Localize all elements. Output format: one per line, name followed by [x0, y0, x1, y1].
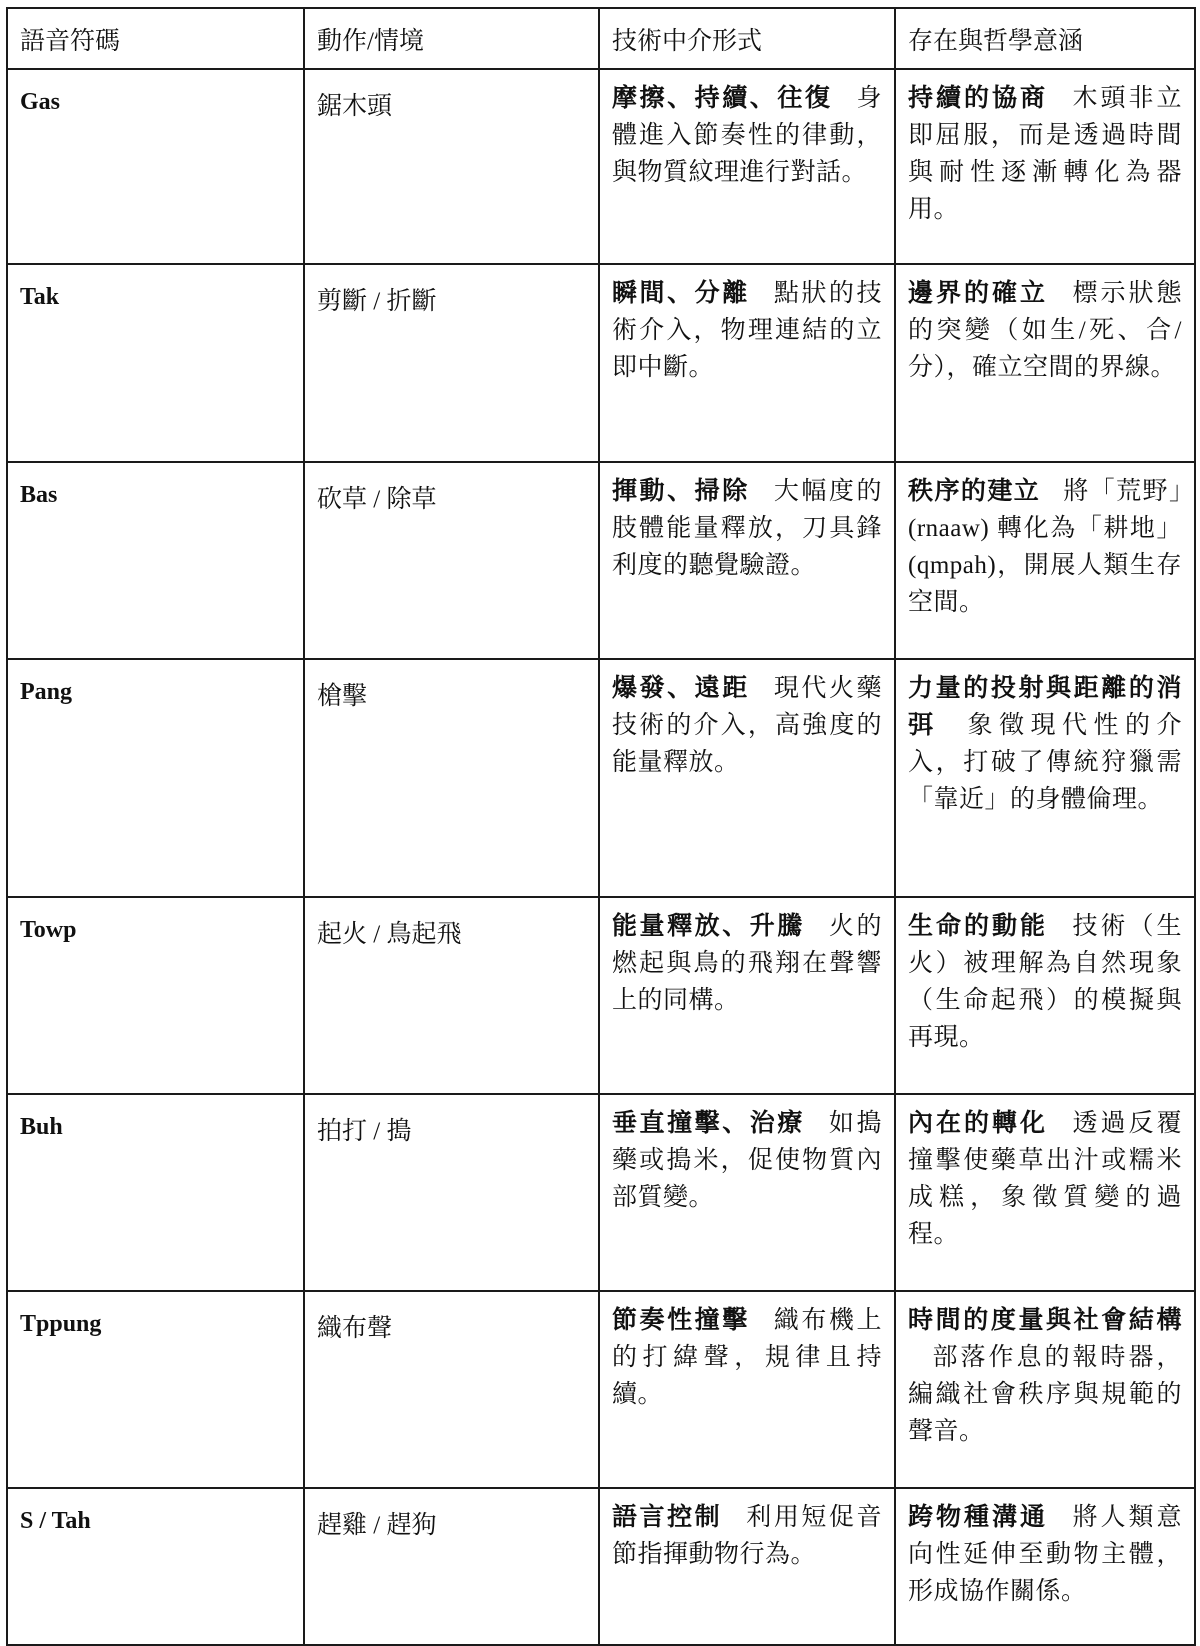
cell-philosophical-meaning: 秩序的建立將「荒野」(rnaaw) 轉化為「耕地」(qmpah)，開展人類生存空…: [895, 462, 1195, 659]
tech-lead-phrase: 揮動、掃除: [612, 478, 750, 505]
cell-action: 織布聲: [304, 1291, 599, 1488]
table-row: S / Tah 趕雞 / 趕狗 語言控制利用短促音節指揮動物行為。 跨物種溝通將…: [7, 1488, 1195, 1573]
cell-tech-mediation: 瞬間、分離點狀的技術介入，物理連結的立即中斷。: [599, 264, 895, 462]
cell-sound-code: S / Tah: [7, 1488, 304, 1573]
cell-action: 槍擊: [304, 659, 599, 897]
phil-description: 象徵現代性的介入，打破了傳統狩獵需「靠近」的身體倫理。: [908, 712, 1182, 813]
header-action-context: 動作/情境: [304, 8, 599, 69]
tech-lead-phrase: 爆發、遠距: [612, 675, 750, 702]
cell-tech-mediation: 語言控制利用短促音節指揮動物行為。: [599, 1488, 895, 1573]
phil-lead-phrase: 時間的度量與社會結構: [908, 1307, 1182, 1334]
table-row: Bas 砍草 / 除草 揮動、掃除大幅度的肢體能量釋放，刀具鋒利度的聽覺驗證。 …: [7, 462, 1195, 659]
table-row: Pang 槍擊 爆發、遠距現代火藥技術的介入，高強度的能量釋放。 力量的投射與距…: [7, 659, 1195, 897]
phil-lead-phrase: 內在的轉化: [908, 1110, 1048, 1137]
cell-sound-code: Buh: [7, 1094, 304, 1291]
tech-lead-phrase: 語言控制: [612, 1504, 722, 1531]
cell-sound-code: Tppung: [7, 1291, 304, 1488]
cell-philosophical-meaning: 跨物種溝通將人類意向性延伸至動物主體，形成協作關係。: [895, 1488, 1195, 1573]
cell-action: 剪斷 / 折斷: [304, 264, 599, 462]
cell-philosophical-meaning: 內在的轉化透過反覆撞擊使藥草出汁或糯米成糕，象徵質變的過程。: [895, 1094, 1195, 1291]
cell-sound-code: Gas: [7, 69, 304, 264]
cell-action: 鋸木頭: [304, 69, 599, 264]
phil-lead-phrase: 邊界的確立: [908, 280, 1048, 307]
cell-philosophical-meaning: 時間的度量與社會結構部落作息的報時器，編織社會秩序與規範的聲音。: [895, 1291, 1195, 1488]
cell-action: 砍草 / 除草: [304, 462, 599, 659]
cell-tech-mediation: 揮動、掃除大幅度的肢體能量釋放，刀具鋒利度的聽覺驗證。: [599, 462, 895, 659]
cell-action: 趕雞 / 趕狗: [304, 1488, 599, 1573]
cell-action: 拍打 / 搗: [304, 1094, 599, 1291]
phil-lead-phrase: 秩序的建立: [908, 478, 1040, 505]
tech-lead-phrase: 瞬間、分離: [612, 280, 750, 307]
table-row: Gas 鋸木頭 摩擦、持續、往復身體進入節奏性的律動，與物質紋理進行對話。 持續…: [7, 69, 1195, 264]
header-sound-code: 語音符碼: [7, 8, 304, 69]
cell-sound-code: Pang: [7, 659, 304, 897]
cell-tech-mediation: 能量釋放、升騰火的燃起與鳥的飛翔在聲響上的同構。: [599, 897, 895, 1094]
cell-action: 起火 / 鳥起飛: [304, 897, 599, 1094]
tech-lead-phrase: 能量釋放、升騰: [612, 913, 805, 940]
header-row: 語音符碼 動作/情境 技術中介形式 存在與哲學意涵: [7, 8, 1195, 69]
cell-tech-mediation: 爆發、遠距現代火藥技術的介入，高強度的能量釋放。: [599, 659, 895, 897]
phil-description: 部落作息的報時器，編織社會秩序與規範的聲音。: [908, 1344, 1182, 1445]
cell-tech-mediation: 垂直撞擊、治療如搗藥或搗米，促使物質內部質變。: [599, 1094, 895, 1291]
table-body: Gas 鋸木頭 摩擦、持續、往復身體進入節奏性的律動，與物質紋理進行對話。 持續…: [7, 69, 1195, 1573]
cell-philosophical-meaning: 生命的動能技術（生火）被理解為自然現象（生命起飛）的模擬與再現。: [895, 897, 1195, 1094]
table-header: 語音符碼 動作/情境 技術中介形式 存在與哲學意涵: [7, 8, 1195, 69]
cell-philosophical-meaning: 力量的投射與距離的消弭象徵現代性的介入，打破了傳統狩獵需「靠近」的身體倫理。: [895, 659, 1195, 897]
tech-lead-phrase: 摩擦、持續、往復: [612, 85, 832, 112]
cell-tech-mediation: 節奏性撞擊織布機上的打緯聲，規律且持續。: [599, 1291, 895, 1488]
table-row: Tppung 織布聲 節奏性撞擊織布機上的打緯聲，規律且持續。 時間的度量與社會…: [7, 1291, 1195, 1488]
cell-sound-code: Towp: [7, 897, 304, 1094]
cell-tech-mediation: 摩擦、持續、往復身體進入節奏性的律動，與物質紋理進行對話。: [599, 69, 895, 264]
tech-lead-phrase: 節奏性撞擊: [612, 1307, 750, 1334]
header-tech-mediation: 技術中介形式: [599, 8, 895, 69]
cell-sound-code: Bas: [7, 462, 304, 659]
header-philosophical-meaning: 存在與哲學意涵: [895, 8, 1195, 69]
sound-symbol-table: 語音符碼 動作/情境 技術中介形式 存在與哲學意涵 Gas 鋸木頭 摩擦、持續、…: [6, 7, 1196, 1573]
tech-lead-phrase: 垂直撞擊、治療: [612, 1110, 805, 1137]
table-row: Buh 拍打 / 搗 垂直撞擊、治療如搗藥或搗米，促使物質內部質變。 內在的轉化…: [7, 1094, 1195, 1291]
phil-lead-phrase: 生命的動能: [908, 913, 1048, 940]
cell-sound-code: Tak: [7, 264, 304, 462]
phil-lead-phrase: 持續的協商: [908, 85, 1048, 112]
phil-lead-phrase: 跨物種溝通: [908, 1504, 1048, 1531]
cell-philosophical-meaning: 持續的協商木頭非立即屈服，而是透過時間與耐性逐漸轉化為器用。: [895, 69, 1195, 264]
table-row: Tak 剪斷 / 折斷 瞬間、分離點狀的技術介入，物理連結的立即中斷。 邊界的確…: [7, 264, 1195, 462]
table-row: Towp 起火 / 鳥起飛 能量釋放、升騰火的燃起與鳥的飛翔在聲響上的同構。 生…: [7, 897, 1195, 1094]
cell-philosophical-meaning: 邊界的確立標示狀態的突變（如生/死、合/分），確立空間的界線。: [895, 264, 1195, 462]
